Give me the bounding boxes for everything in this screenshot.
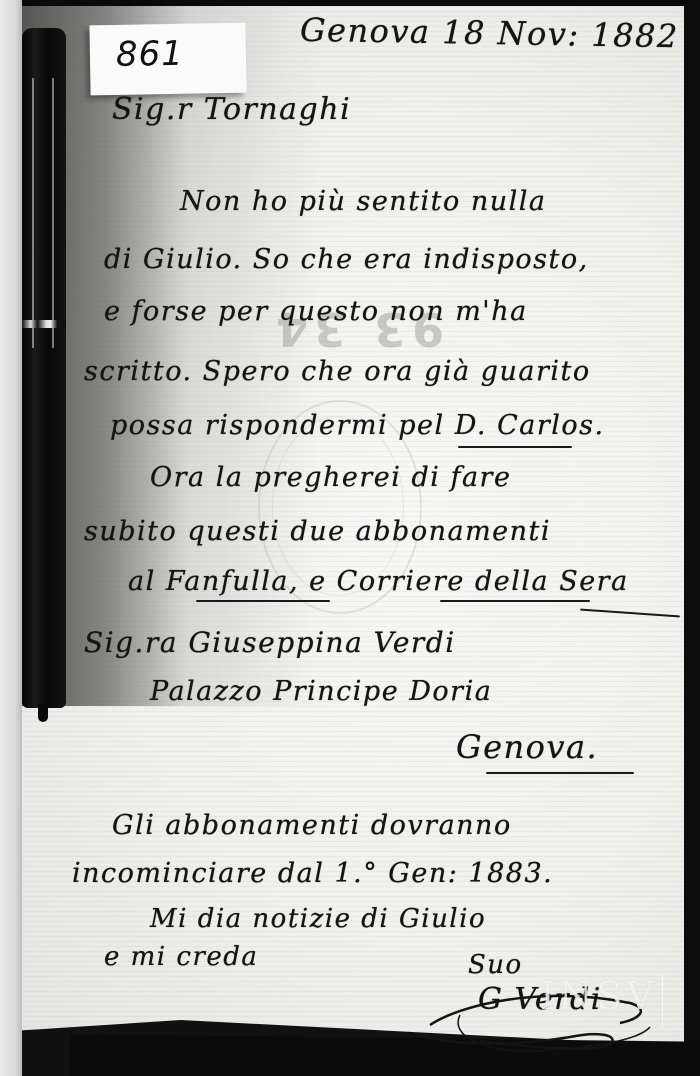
address-line-3: Genova. bbox=[456, 728, 598, 766]
top-shadow-band bbox=[22, 0, 700, 6]
postscript-line-3: Mi dia notizie di Giulio bbox=[150, 904, 486, 934]
body-line-3: e forse per questo non m'ha bbox=[104, 296, 528, 327]
body-line-4: scritto. Spero che ora già guarito bbox=[84, 356, 591, 387]
underline-genova bbox=[486, 772, 634, 774]
address-line-2: Palazzo Principe Doria bbox=[150, 676, 492, 707]
body-line-5: possa rispondermi pel D. Carlos. bbox=[110, 410, 605, 441]
document-photo: 93 34 861 Genova 18 Nov: 1882 Sig.r Torn… bbox=[0, 0, 700, 1076]
body-line-7: subito questi due abbonamenti bbox=[84, 516, 551, 547]
archive-label: 861 bbox=[89, 23, 246, 96]
pen-highlight bbox=[52, 78, 54, 348]
salutation: Sig.r Tornaghi bbox=[112, 92, 351, 127]
archive-number: 861 bbox=[116, 34, 185, 75]
body-line-6: Ora la pregherei di fare bbox=[150, 462, 511, 493]
postscript-line-2: incominciare dal 1.° Gen: 1883. bbox=[72, 858, 553, 889]
watermark-logo: INSV bbox=[540, 974, 658, 1018]
body-line-2: di Giulio. So che era indisposto, bbox=[104, 244, 589, 275]
underline-corriere bbox=[440, 600, 590, 602]
background-edge-right bbox=[684, 0, 700, 1076]
underline-don-carlos bbox=[458, 446, 572, 448]
postscript-line-4: e mi creda bbox=[104, 942, 258, 972]
fountain-pen bbox=[22, 28, 66, 708]
body-line-1: Non ho più sentito nulla bbox=[180, 186, 547, 217]
body-line-8: al Fanfulla, e Corriere della Sera bbox=[128, 566, 629, 597]
place-date: Genova 18 Nov: 1882 bbox=[300, 11, 679, 56]
underline-fanfulla bbox=[196, 600, 330, 602]
pen-band bbox=[22, 320, 66, 328]
pen-tip bbox=[38, 704, 48, 722]
address-line-1: Sig.ra Giuseppina Verdi bbox=[84, 626, 456, 659]
pen-highlight bbox=[32, 78, 34, 348]
scanner-edge-left bbox=[0, 0, 22, 1076]
postscript-line-1: Gli abbonamenti dovranno bbox=[112, 810, 512, 841]
